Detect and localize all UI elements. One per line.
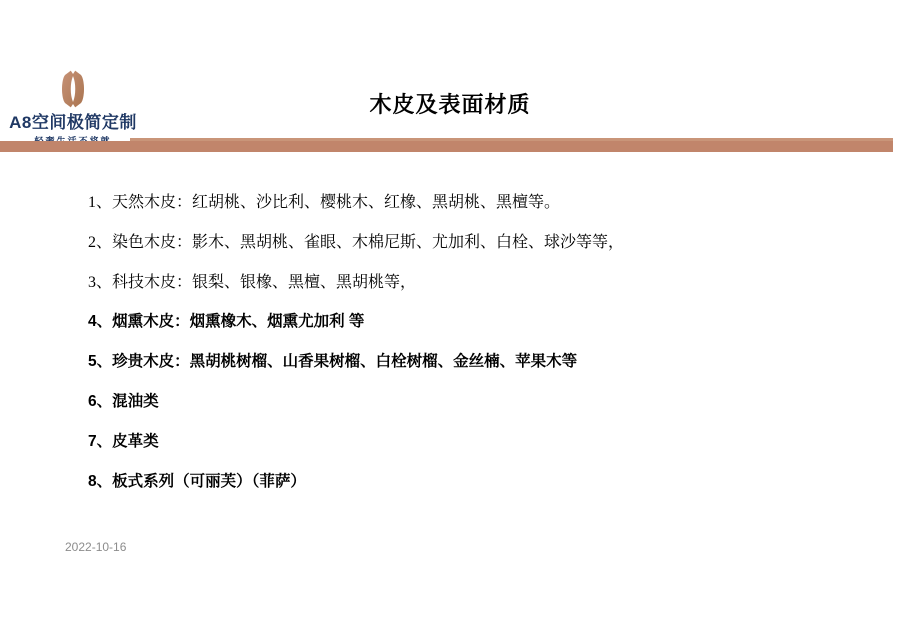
list-item: 8、板式系列（可丽芙）（菲萨） [88, 460, 848, 500]
list-item: 6、混油类 [88, 380, 848, 420]
list-item: 1、天然木皮：红胡桃、沙比利、樱桃木、红橡、黑胡桃、黑檀等。 [88, 180, 848, 220]
slide-canvas: A8空间极简定制 轻奢生活不将就 木皮及表面材质 1、天然木皮：红胡桃、沙比利、… [0, 0, 900, 636]
list-item: 5、珍贵木皮：黑胡桃树榴、山香果树榴、白栓树榴、金丝楠、苹果木等 [88, 340, 848, 380]
page-title: 木皮及表面材质 [0, 88, 900, 119]
list-item: 7、皮革类 [88, 420, 848, 460]
list-item: 4、烟熏木皮：烟熏橡木、烟熏尤加利 等 [88, 300, 848, 340]
divider-accent-bar [0, 141, 893, 152]
slide-date: 2022-10-16 [65, 540, 126, 554]
list-item: 3、科技木皮：银梨、银橡、黑檀、黑胡桃等， [88, 260, 848, 300]
list-item: 2、染色木皮：影木、黑胡桃、雀眼、木棉尼斯、尤加利、白栓、球沙等等， [88, 220, 848, 260]
content-list: 1、天然木皮：红胡桃、沙比利、樱桃木、红橡、黑胡桃、黑檀等。 2、染色木皮：影木… [88, 180, 848, 500]
